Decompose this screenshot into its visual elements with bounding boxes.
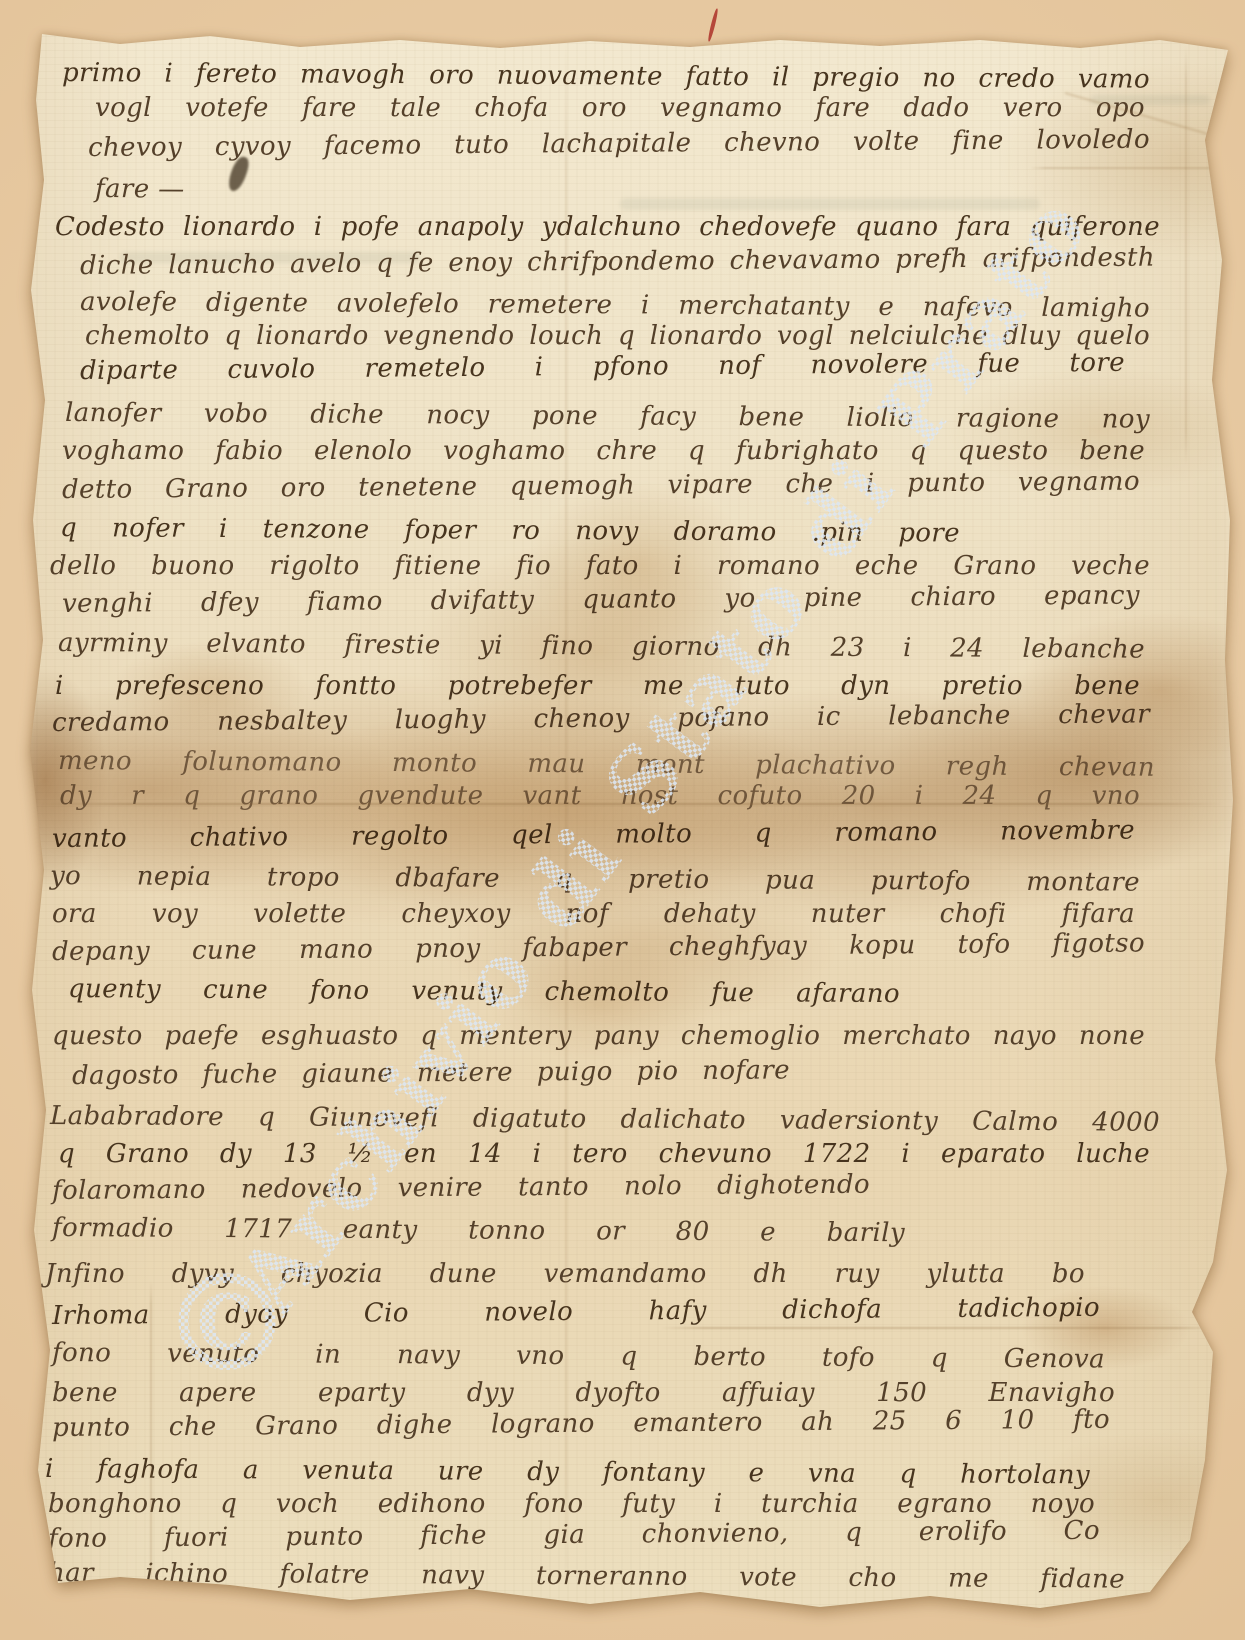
handwriting-line: yo nepia tropo dbafare q pretio pua purt… xyxy=(50,861,1140,898)
handwriting-line: punto che Grano dighe lograno emantero a… xyxy=(52,1405,1110,1443)
manuscript-scan: primo i fereto mavogh oro nuovamente fat… xyxy=(0,0,1245,1640)
fold-crease-vertical xyxy=(565,36,567,1591)
handwriting-line: chevoy cyvoy facemo tuto lachapitale che… xyxy=(88,125,1150,163)
verso-showthrough xyxy=(1090,95,1210,105)
watermark-text: Archivio di Stato di Prato xyxy=(211,172,1114,1335)
corner-crease xyxy=(1065,92,1239,144)
handwriting-line: ayrminy elvanto firestie yi fino giorno … xyxy=(58,628,1145,665)
handwriting-line: Codesto lionardo i pofe anapoly ydalchun… xyxy=(55,212,1160,242)
handwriting-line: Jnfino dyvy chyozia dune vemandamo dh ru… xyxy=(45,1259,1085,1289)
handwriting-line: bene apere eparty dyy dyofto affuiay 150… xyxy=(52,1378,1115,1408)
fold-crease-vertical xyxy=(1185,45,1187,465)
handwriting-line: credamo nesbaltey luoghy chenoy pofano i… xyxy=(52,699,1150,738)
handwriting-line: avolefe digente avolefelo remetere i mer… xyxy=(80,287,1150,324)
handwriting-line: Lababradore q Giunovefi digatuto dalicha… xyxy=(50,1101,1160,1138)
handwriting-line: depany cune mano pnoy fabaper cheghfyay … xyxy=(52,928,1145,967)
verso-showthrough xyxy=(120,252,420,263)
ink-smudge xyxy=(226,155,251,194)
fold-crease-horizontal xyxy=(35,803,1225,805)
fold-crease-vertical xyxy=(150,1280,152,1590)
handwriting-line: venghi dfey fiamo dvifatty quanto yo pin… xyxy=(62,581,1140,619)
verso-showthrough xyxy=(620,198,1040,210)
paper-sheet: primo i fereto mavogh oro nuovamente fat… xyxy=(0,0,1245,1640)
handwriting-line: dy r q grano gvendute vant nost cofuto 2… xyxy=(60,781,1140,811)
handwriting-line: fare — xyxy=(95,174,355,206)
handwriting-line: voghamo fabio elenolo voghamo chre q fub… xyxy=(62,436,1145,466)
handwriting-line: quenty cune fono venuty chemolto fue afa… xyxy=(68,974,900,1009)
handwriting-line: fono fuori punto fiche gia chonvieno, q … xyxy=(48,1516,1100,1554)
paper-shadow: primo i fereto mavogh oro nuovamente fat… xyxy=(0,0,1245,1640)
handwriting-line: bonghono q voch edihono fono futy i turc… xyxy=(48,1489,1095,1519)
handwriting-line: chemolto q lionardo vegnendo louch q lio… xyxy=(85,321,1150,351)
handwriting-line: meno folunomano monto mau mont plachativ… xyxy=(58,746,1155,783)
handwriting-line: primo i fereto mavogh oro nuovamente fat… xyxy=(62,58,1150,95)
handwriting-line: vogl votefe fare tale chofa oro vegnamo … xyxy=(95,93,1145,123)
handwriting-line: questo paefe esghuasto q mentery pany ch… xyxy=(52,1021,1145,1051)
handwriting-line: diche lanucho avelo q fe enoy chrifponde… xyxy=(80,243,1155,281)
handwriting-line: fono venuto in navy vno q berto tofo q G… xyxy=(52,1338,1105,1374)
handwriting-line: folaromano nedovelo venire tanto nolo di… xyxy=(52,1170,870,1206)
handwriting-line: i faghofa a venuta ure dy fontany e vna … xyxy=(45,1454,1090,1490)
water-stain-overlay xyxy=(0,0,1245,1640)
fold-crease-horizontal xyxy=(660,1327,1220,1329)
handwriting-line: q Grano dy 13 ½ en 14 i tero chevuno 172… xyxy=(58,1139,1150,1169)
handwriting-line: ora voy volette cheyxoy nof dehaty nuter… xyxy=(52,899,1135,929)
handwriting-line: Irhoma dyoy Cio novelo hafy dichofa tadi… xyxy=(52,1293,1100,1331)
handwriting-line: formadio 1717 eanty tonno or 80 e barily xyxy=(52,1213,905,1248)
handwriting-line: i prefesceno fontto potrebefer me tuto d… xyxy=(55,671,1140,701)
handwriting-line: detto Grano oro tenetene quemogh vipare … xyxy=(62,467,1140,505)
fold-crease-horizontal xyxy=(1030,167,1230,169)
copyright-icon: © xyxy=(160,1256,294,1390)
handwriting-line: lanofer vobo diche nocy pone facy bene l… xyxy=(65,398,1150,435)
handwriting-line: dagosto fuche giaune metere puigo pio no… xyxy=(72,1055,790,1091)
handwriting-line: q nofer i tenzone foper ro novy doramo .… xyxy=(60,513,960,548)
handwriting-line: diparte cuvolo remetelo i pfono nof novo… xyxy=(80,348,1125,386)
handwriting-line: har ichino folatre navy torneranno vote … xyxy=(48,1558,1125,1595)
handwriting-line: dello buono rigolto fitiene fio fato i r… xyxy=(50,551,1150,581)
handwriting-line: vanto chativo regolto qel molto q romano… xyxy=(52,815,1135,854)
